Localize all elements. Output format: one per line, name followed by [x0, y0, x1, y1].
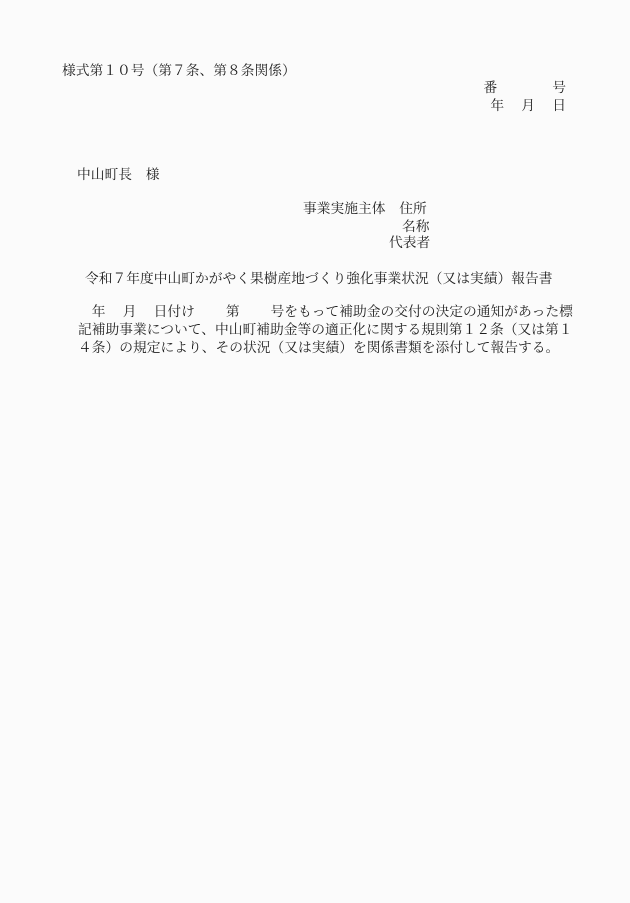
body-line-1: 年 月 日付け 第 号をもって補助金の交付の決定の通知があった標 — [78, 303, 573, 320]
applicant-address-line: 事業実施主体 住所 — [303, 200, 427, 217]
document-number-line: 番 号 — [483, 79, 566, 96]
date-line: 年 月 日 — [490, 97, 566, 114]
body-line-3: ４条）の規定により、その状況（又は実績）を関係書類を添付して報告する。 — [78, 339, 559, 356]
body-line-2: 記補助事業について、中山町補助金等の適正化に関する規則第１２条（又は第１ — [78, 321, 572, 338]
applicant-representative-line: 代表者 — [389, 234, 430, 251]
recipient-line: 中山町長 様 — [77, 166, 160, 183]
document-title: 令和７年度中山町かがやく果樹産地づくり強化事業状況（又は実績）報告書 — [85, 270, 553, 287]
applicant-name-line: 名称 — [402, 218, 430, 235]
document-page: 様式第１０号（第７条、第８条関係） 番 号 年 月 日 中山町長 様 事業実施主… — [0, 0, 630, 903]
form-number: 様式第１０号（第７条、第８条関係） — [62, 62, 296, 79]
